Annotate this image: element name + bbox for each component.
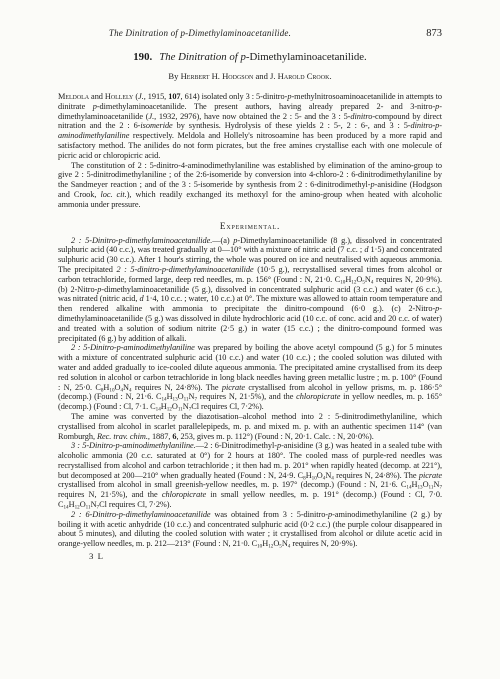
page-number: 873 xyxy=(342,28,442,39)
text-block: The Dinitration of p-Dimethylaminoacetan… xyxy=(58,0,442,561)
journal-page: The Dinitration of p-Dimethylaminoacetan… xyxy=(0,0,500,679)
signature-mark: 3 L xyxy=(89,551,442,561)
article-title: 190.The Dinitration of p-Dimethylaminoac… xyxy=(58,51,442,63)
paragraph: 3 : 5-Dinitro-p-aminodimethylaniline.—2 … xyxy=(58,441,442,510)
experimental-paragraphs: 2 : 5-Dinitro-p-dimethylaminoacetanilide… xyxy=(58,236,442,550)
paragraph: 2 : 6-Dinitro-p-dimethylaminoacetanilide… xyxy=(58,510,442,549)
paragraph: The amine was converted by the diazotisa… xyxy=(58,412,442,441)
intro-paragraphs: Meldola and Hollely (J., 1915, 107, 614)… xyxy=(58,92,442,210)
running-header-title: The Dinitration of p-Dimethylaminoacetan… xyxy=(58,28,342,38)
byline: By Herbert H. Hodgson and J. Harold Croo… xyxy=(58,71,442,81)
paragraph: Meldola and Hollely (J., 1915, 107, 614)… xyxy=(58,92,442,161)
article-title-text: The Dinitration of p-Dimethylaminoacetan… xyxy=(159,51,367,63)
paragraph: The constitution of 2 : 5-dinitro-4-amin… xyxy=(58,161,442,210)
paragraph: 2 : 5-Dinitro-p-aminodimethylaniline was… xyxy=(58,343,442,412)
section-heading: Experimental. xyxy=(58,221,442,231)
paragraph: 2 : 5-Dinitro-p-dimethylaminoacetanilide… xyxy=(58,236,442,344)
article-number: 190. xyxy=(133,51,152,63)
running-header: The Dinitration of p-Dimethylaminoacetan… xyxy=(58,28,442,39)
